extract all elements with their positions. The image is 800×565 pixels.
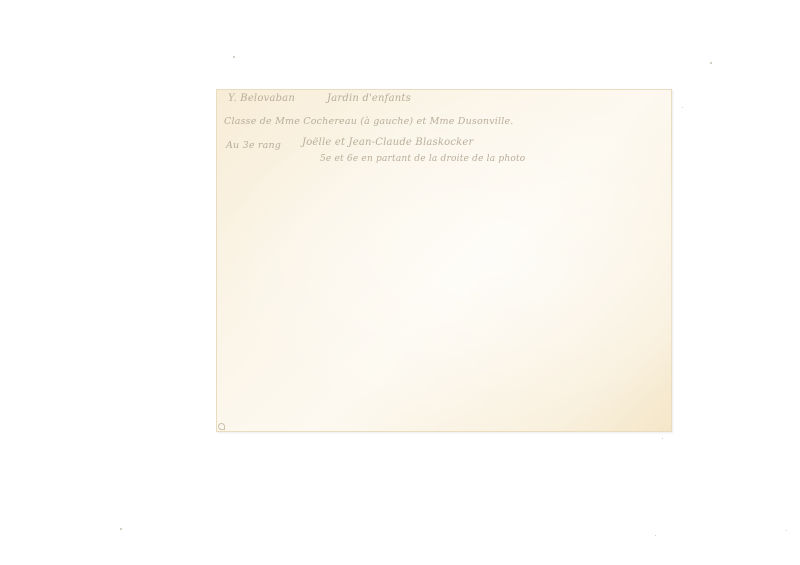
dust-speck [120,528,122,530]
dust-speck [233,56,235,58]
inscription-class: Classe de Mme Cochereau (à gauche) et Mm… [224,116,514,127]
photo-back-card: Y. Belovaban Jardin d'enfants Classe de … [216,89,672,432]
inscription-name: Y. Belovaban [228,93,295,104]
dust-speck [710,62,712,64]
dust-speck [682,107,683,108]
dust-speck [655,535,656,536]
inscription-title: Jardin d'enfants [327,93,411,104]
inscription-row: Au 3e rang [226,140,281,151]
dust-speck [786,530,787,531]
inscription-position: 5e et 6e en partant de la droite de la p… [320,154,525,164]
inscription-children: Joëlle et Jean-Claude Blaskocker [302,137,474,148]
dust-speck [662,438,663,439]
corner-mark [218,423,225,430]
